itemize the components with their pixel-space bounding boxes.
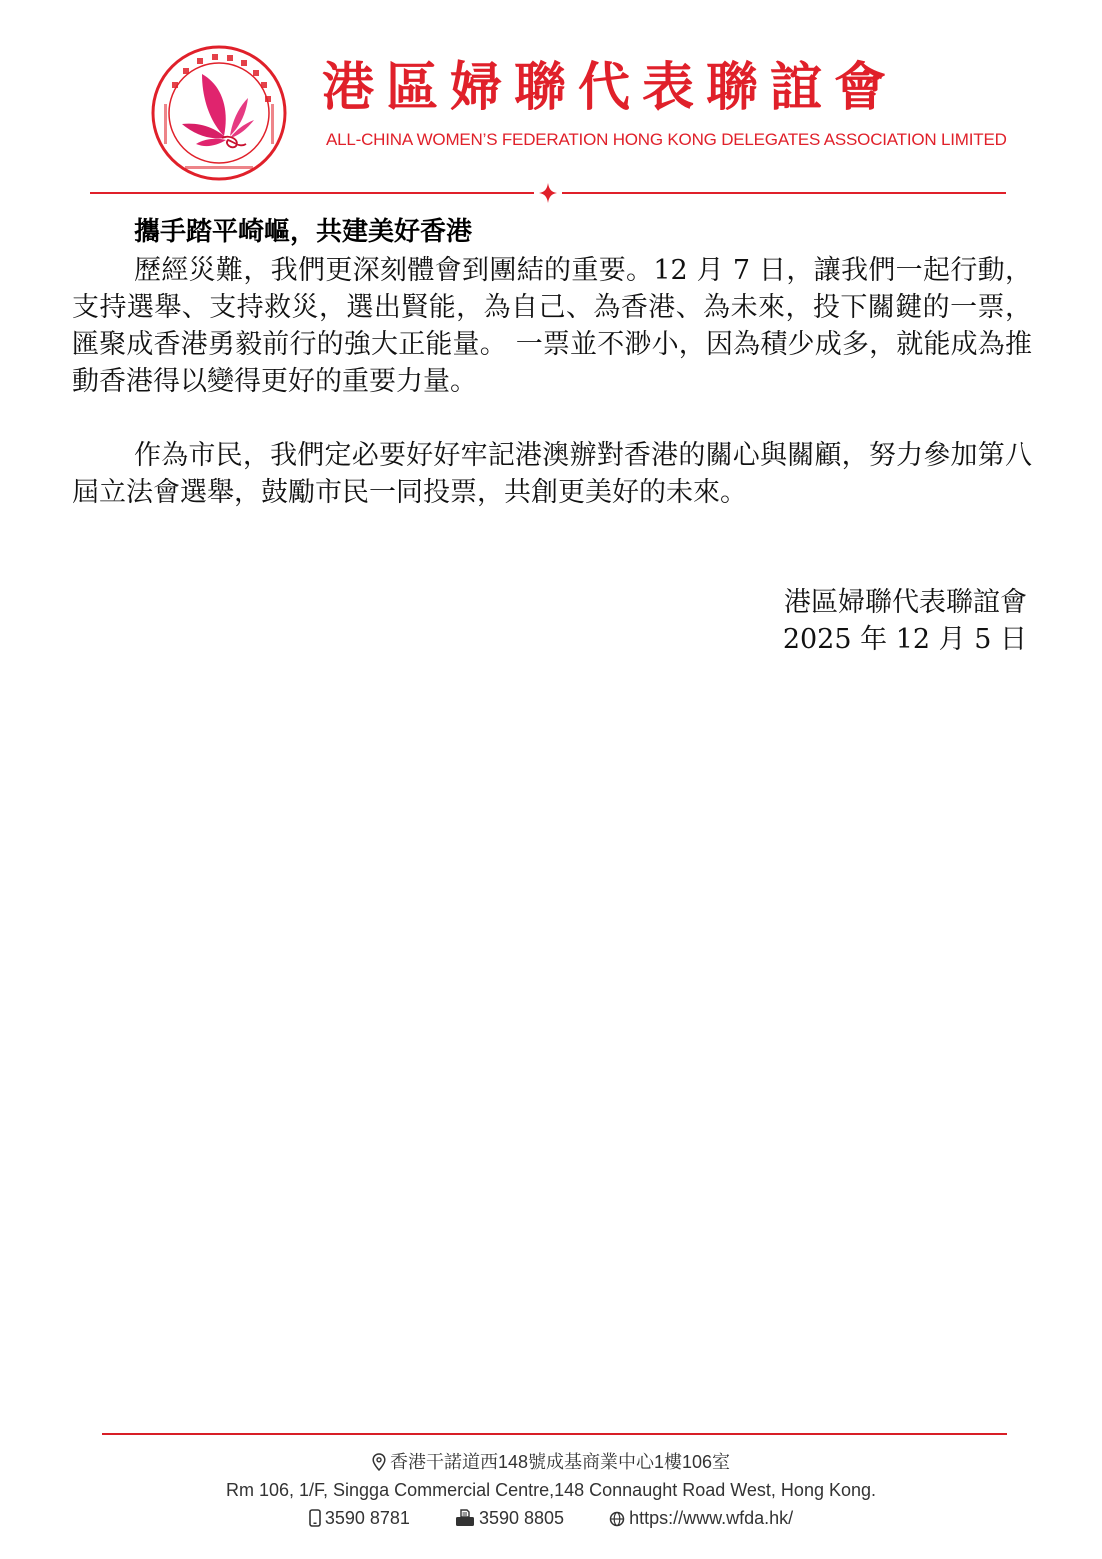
footer-divider: [102, 1433, 1007, 1435]
globe-icon: [609, 1511, 625, 1527]
logo-emblem-icon: [150, 44, 288, 182]
signature-date: 2025 年 12 月 5 日: [783, 621, 1027, 658]
organization-logo: [150, 44, 288, 182]
fax-item: 3590 8805: [455, 1504, 564, 1532]
divider-line-right: [562, 192, 1006, 194]
letter-heading: 攜手踏平崎嶇，共建美好香港: [134, 212, 1032, 252]
divider-line-left: [90, 192, 534, 194]
footer-contact-row: 3590 8781 3590 8805 https://www.wfda.hk/: [0, 1504, 1102, 1532]
fax-icon: [455, 1509, 475, 1527]
organization-name-chinese: 港區婦聯代表聯誼會: [322, 58, 898, 118]
signature-organization: 港區婦聯代表聯誼會: [783, 584, 1027, 621]
location-pin-icon: [372, 1453, 386, 1471]
phone-number: 3590 8781: [325, 1508, 410, 1528]
letter-body: 攜手踏平崎嶇，共建美好香港 歷經災難，我們更深刻體會到團結的重要。12 月 7 …: [72, 212, 1032, 511]
footer-contact: 香港干諾道西148號成基商業中心1樓106室 Rm 106, 1/F, Sing…: [0, 1448, 1102, 1532]
paragraph-2: 作為市民，我們定必要好好牢記港澳辦對香港的關心與關顧，努力參加第八屆立法會選舉，…: [72, 437, 1032, 511]
paragraph-1: 歷經災難，我們更深刻體會到團結的重要。12 月 7 日，讓我們一起行動，支持選舉…: [72, 252, 1032, 400]
footer-address-zh-row: 香港干諾道西148號成基商業中心1樓106室: [0, 1448, 1102, 1476]
address-english: Rm 106, 1/F, Singga Commercial Centre,14…: [0, 1476, 1102, 1504]
website-item[interactable]: https://www.wfda.hk/: [609, 1504, 793, 1532]
diamond-ornament-icon: [539, 183, 557, 203]
website-link[interactable]: https://www.wfda.hk/: [629, 1508, 793, 1528]
signature-block: 港區婦聯代表聯誼會 2025 年 12 月 5 日: [783, 584, 1027, 658]
organization-name-english: ALL-CHINA WOMEN’S FEDERATION HONG KONG D…: [326, 130, 1007, 150]
mobile-phone-icon: [309, 1509, 321, 1527]
address-chinese: 香港干諾道西148號成基商業中心1樓106室: [390, 1452, 730, 1472]
header-divider: [90, 192, 1006, 194]
phone-item: 3590 8781: [309, 1504, 410, 1532]
fax-number: 3590 8805: [479, 1508, 564, 1528]
